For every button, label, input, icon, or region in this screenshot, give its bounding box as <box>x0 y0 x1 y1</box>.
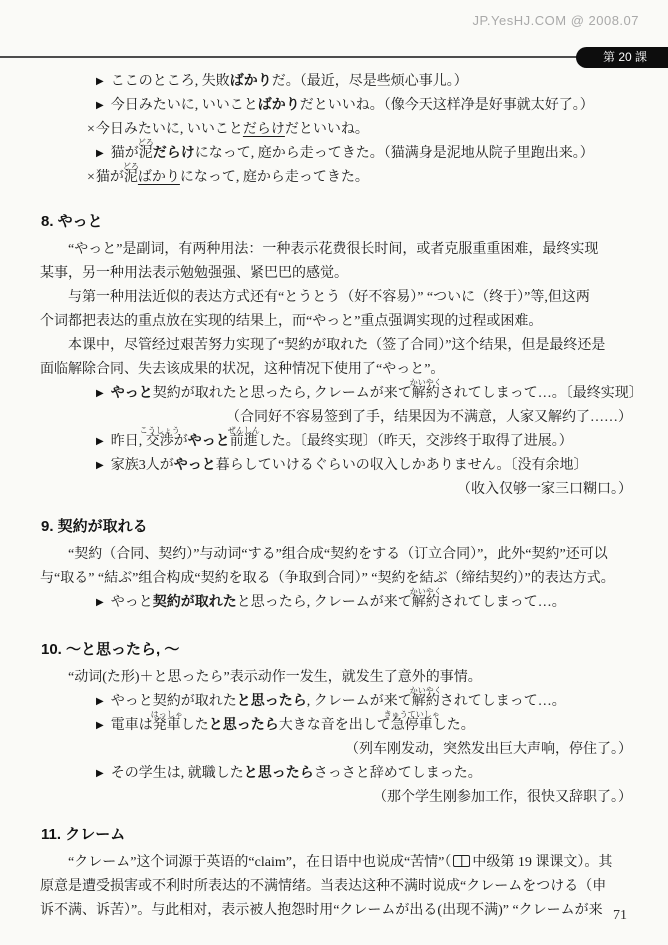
furigana: こうしょう <box>140 427 180 435</box>
text-segment: 本课中，尽管经过艰苦努力实现了“契約が取れた（签了合同）”这个结果，但是最终还是 <box>68 338 605 353</box>
section-11: 11. クレーム“クレーム”这个词源于英语的“claim”，在日语中也说成“苦情… <box>40 823 642 923</box>
text-segment: 面临解除合同、失去该成果的状况，这种情况下使用了“やっと”。 <box>40 362 444 377</box>
ruby-base: 交渉こうしょう <box>146 434 174 449</box>
ruby-base: 泥どろ <box>124 170 138 185</box>
textbook-page: JP.YesHJ.COM @ 2008.07 第 20 課 ▶ここのところ, 失… <box>0 0 668 945</box>
text-segment: になって, 庭から走ってきた。 <box>180 170 369 185</box>
text-segment: 猫が <box>96 170 124 185</box>
furigana: はっしゃ <box>151 711 183 719</box>
text-segment: やっと契約が取れた <box>111 694 237 709</box>
text-segment: が <box>174 434 188 449</box>
bullet-triangle-icon: ▶ <box>96 460 104 471</box>
text-segment: と思ったら <box>237 694 307 709</box>
body-line: “契約（合同、契约）”与动词“する”组合成“契約をする（订立合同）”，此外“契約… <box>40 543 642 567</box>
furigana: きゅうていしゃ <box>384 711 440 719</box>
bullet-triangle-icon: ▶ <box>96 768 104 779</box>
cross-mark-icon: × <box>87 122 95 137</box>
section-heading: 11. クレーム <box>41 823 642 844</box>
text-segment: （列车刚发动，突然发出巨大声响，停住了。） <box>345 742 632 757</box>
text-segment: と思ったら <box>244 766 314 781</box>
bullet-triangle-icon: ▶ <box>96 720 104 731</box>
text-segment: （合同好不容易签到了手，结果因为不满意，人家又解约了……） <box>226 410 632 425</box>
text-segment: ばかり <box>230 74 272 89</box>
text-segment: , クレームが来て <box>307 694 412 709</box>
text-segment: やっと <box>111 386 153 401</box>
section-heading: 10. ～と思ったら, ～ <box>41 638 642 659</box>
translation-line: （列车刚发动，突然发出巨大声响，停住了。） <box>40 738 642 762</box>
body-line: 面临解除合同、失去该成果的状况，这种情况下使用了“やっと”。 <box>40 358 642 382</box>
text-segment: だらけ <box>243 122 285 137</box>
text-segment: 暮らしていけるぐらいの収入しかありません。〔没有余地〕 <box>216 458 588 473</box>
text-segment: 今日みたいに, いいこと <box>111 98 258 113</box>
text-segment: 猫が <box>111 146 139 161</box>
text-segment: だといいね。 <box>285 122 369 137</box>
text-segment: されてしまって…。〔最终实现〕 <box>440 386 643 401</box>
text-segment: “契約（合同、契约）”与动词“する”组合成“契約をする（订立合同）”，此外“契約… <box>68 547 608 562</box>
text-segment: その学生は, 就職した <box>111 766 244 781</box>
text-segment: されてしまって…。 <box>440 694 566 709</box>
text-segment: 電車は <box>111 718 153 733</box>
text-segment: になって, 庭から走ってきた。（猫满身是泥地从院子里跑出来。） <box>195 146 594 161</box>
body-line: 原意是遭受损害或不利时所表达的不满情绪。当表达这种不满时说成“クレームをつける（… <box>40 875 642 899</box>
text-segment: 某事，另一种用法表示勉勉强强、紧巴巴的感觉。 <box>40 266 348 281</box>
header-rule <box>0 56 668 58</box>
bullet-triangle-icon: ▶ <box>96 76 104 87</box>
body-line: “动词(た形)＋と思ったら”表示动作一发生，就发生了意外的事情。 <box>40 666 642 690</box>
section-heading: 8. やっと <box>41 210 642 231</box>
example-line: ▶やっと契約が取れたと思ったら, クレームが来て解約かいやくされてしまって…。 <box>40 591 642 615</box>
bullet-triangle-icon: ▶ <box>96 696 104 707</box>
ruby-base: 急停車きゅうていしゃ <box>391 718 433 733</box>
bullet-triangle-icon: ▶ <box>96 388 104 399</box>
text-segment: やっと <box>188 434 230 449</box>
text-segment: 个词都把表达的重点放在实现的结果上，而“やっと”重点强调实现的过程或困难。 <box>40 314 542 329</box>
text-segment: 家族3人が <box>111 458 174 473</box>
text-segment: やっと <box>174 458 216 473</box>
furigana: かいやく <box>410 687 442 695</box>
section-8: 8. やっと“やっと”是副词，有两种用法：一种表示花费很长时间，或者克服重重困难… <box>40 210 642 502</box>
bullet-triangle-icon: ▶ <box>96 100 104 111</box>
example-line: ▶昨日, 交渉こうしょうがやっと前進ぜんしんした。〔最终实现〕（昨天，交涉终于取… <box>40 430 642 454</box>
furigana: どろ <box>123 163 139 171</box>
cross-mark-icon: × <box>87 170 95 185</box>
example-line: ▶電車は発車はっしゃしたと思ったら大きな音を出して急停車きゅうていしゃした。 <box>40 714 642 738</box>
section-9: 9. 契約が取れる“契約（合同、契约）”与动词“する”组合成“契約をする（订立合… <box>40 515 642 615</box>
text-segment: 原意是遭受损害或不利时所表达的不满情绪。当表达这种不满时说成“クレームをつける（… <box>40 879 606 894</box>
text-segment: と思ったら <box>209 718 279 733</box>
translation-line: （那个学生刚参加工作，很快又辞职了。） <box>40 786 642 810</box>
ruby-base: 前進ぜんしん <box>230 434 258 449</box>
text-segment: 大きな音を出して <box>279 718 391 733</box>
text-segment: 今日みたいに, いいこと <box>96 122 243 137</box>
example-line: ▶ここのところ, 失敗ばかりだ。（最近，尽是些烦心事儿。） <box>40 70 642 94</box>
text-segment: やっと <box>111 595 153 610</box>
example-line: ×今日みたいに, いいことだらけだといいね。 <box>40 118 642 142</box>
example-line: ×猫が泥どろばかりになって, 庭から走ってきた。 <box>40 166 642 190</box>
body-line: 某事，另一种用法表示勉勉强强、紧巴巴的感觉。 <box>40 262 642 286</box>
text-segment: だ。（最近，尽是些烦心事儿。） <box>272 74 468 89</box>
body-line: “クレーム”这个词源于英语的“claim”，在日语中也说成“苦情”（中级第 19… <box>40 851 642 875</box>
text-segment: 昨日, <box>111 434 146 449</box>
ruby-base: 発車はっしゃ <box>153 718 181 733</box>
text-segment: “动词(た形)＋と思ったら”表示动作一发生，就发生了意外的事情。 <box>68 670 482 685</box>
ruby-base: 解約かいやく <box>412 694 440 709</box>
text-segment: 与“取る” “結ぶ”组合构成“契約を取る（争取到合同）” “契約を結ぶ（缔结契约… <box>40 571 615 586</box>
furigana: かいやく <box>410 379 442 387</box>
text-segment: （收入仅够一家三口糊口。） <box>457 482 632 497</box>
text-segment: “クレーム”这个词源于英语的“claim”，在日语中也说成“苦情”（ <box>68 855 451 870</box>
text-segment: ばかり <box>138 170 180 185</box>
text-segment: （那个学生刚参加工作，很快又辞职了。） <box>373 790 632 805</box>
text-segment: ここのところ, 失敗 <box>111 74 230 89</box>
text-segment: した。 <box>433 718 475 733</box>
content: ▶ここのところ, 失敗ばかりだ。（最近，尽是些烦心事儿。）▶今日みたいに, いい… <box>40 70 642 923</box>
example-line: ▶家族3人がやっと暮らしていけるぐらいの収入しかありません。〔没有余地〕 <box>40 454 642 478</box>
intro-examples: ▶ここのところ, 失敗ばかりだ。（最近，尽是些烦心事儿。）▶今日みたいに, いい… <box>40 70 642 190</box>
watermark: JP.YesHJ.COM @ 2008.07 <box>472 13 639 28</box>
body-line: 诉不满、诉苦）”。与此相对，表示被人抱怨时用“クレームが出る(出现不满)” “ク… <box>40 899 642 923</box>
text-segment: ばかり <box>258 98 300 113</box>
section-10: 10. ～と思ったら, ～“动词(た形)＋と思ったら”表示动作一发生，就发生了意… <box>40 638 642 810</box>
body-line: 与第一种用法近似的表达方式还有“とうとう（好不容易）” “ついに（终于）”等,但… <box>40 286 642 310</box>
text-segment: 契約が取れたと思ったら, クレームが来て <box>153 386 412 401</box>
book-icon <box>453 855 470 867</box>
body-line: 本课中，尽管经过艰苦努力实现了“契約が取れた（签了合同）”这个结果，但是最终还是 <box>40 334 642 358</box>
page-number: 71 <box>613 908 627 924</box>
example-line: ▶今日みたいに, いいことばかりだといいね。（像今天这样净是好事就太好了。） <box>40 94 642 118</box>
ruby-base: 解約かいやく <box>412 595 440 610</box>
section-heading: 9. 契約が取れる <box>41 515 642 536</box>
text-segment: した。〔最终实现〕（昨天，交涉终于取得了进展。） <box>258 434 573 449</box>
ruby-base: 泥どろ <box>139 146 153 161</box>
text-segment: “やっと”是副词，有两种用法：一种表示花费很长时间，或者克服重重困难，最终实现 <box>68 242 598 257</box>
text-segment: した <box>181 718 209 733</box>
text-segment: されてしまって…。 <box>440 595 566 610</box>
bullet-triangle-icon: ▶ <box>96 597 104 608</box>
text-segment: 诉不满、诉苦）”。与此相对，表示被人抱怨时用“クレームが出る(出现不满)” “ク… <box>40 903 603 918</box>
bullet-triangle-icon: ▶ <box>96 148 104 159</box>
body-line: “やっと”是副词，有两种用法：一种表示花费很长时间，或者克服重重困难，最终实现 <box>40 238 642 262</box>
text-segment: と思ったら, クレームが来て <box>237 595 412 610</box>
text-segment: さっさと辞めてしまった。 <box>314 766 482 781</box>
text-segment: だといいね。（像今天这样净是好事就太好了。） <box>300 98 594 113</box>
example-line: ▶やっと契約が取れたと思ったら, クレームが来て解約かいやくされてしまって…。〔… <box>40 382 642 406</box>
text-segment: 中级第 19 课课文）。其 <box>472 855 612 870</box>
example-line: ▶その学生は, 就職したと思ったらさっさと辞めてしまった。 <box>40 762 642 786</box>
text-segment: 与第一种用法近似的表达方式还有“とうとう（好不容易）” “ついに（终于）”等,但… <box>68 290 590 305</box>
furigana: ぜんしん <box>228 427 260 435</box>
translation-line: （合同好不容易签到了手，结果因为不满意，人家又解约了……） <box>40 406 642 430</box>
body-line: 个词都把表达的重点放在实现的结果上，而“やっと”重点强调实现的过程或困难。 <box>40 310 642 334</box>
text-segment: 契約が取れた <box>153 595 237 610</box>
chapter-tab: 第 20 課 <box>576 47 668 68</box>
text-segment: だらけ <box>153 146 195 161</box>
furigana: かいやく <box>410 588 442 596</box>
ruby-base: 解約かいやく <box>412 386 440 401</box>
furigana: どろ <box>138 139 154 147</box>
example-line: ▶やっと契約が取れたと思ったら, クレームが来て解約かいやくされてしまって…。 <box>40 690 642 714</box>
body-line: 与“取る” “結ぶ”组合构成“契約を取る（争取到合同）” “契約を結ぶ（缔结契约… <box>40 567 642 591</box>
translation-line: （收入仅够一家三口糊口。） <box>40 478 642 502</box>
bullet-triangle-icon: ▶ <box>96 436 104 447</box>
